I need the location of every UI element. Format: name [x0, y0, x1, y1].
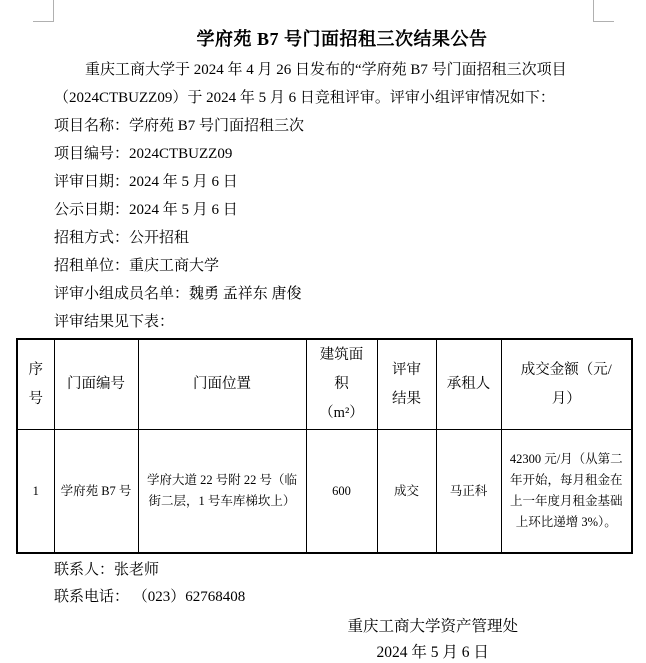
cell-review-result: 成交: [377, 430, 436, 554]
cell-shop-number: 学府苑 B7 号: [54, 430, 138, 554]
header-renter: 承租人: [436, 339, 501, 430]
cell-renter: 马正科: [436, 430, 501, 554]
info-line-review-panel: 评审小组成员名单：魏勇 孟祥东 唐俊: [54, 280, 630, 308]
header-review-result: 评审结果: [377, 339, 436, 430]
document-title: 学府苑 B7 号门面招租三次结果公告: [54, 26, 630, 52]
document-page: 学府苑 B7 号门面招租三次结果公告 重庆工商大学于 2024 年 4 月 26…: [0, 0, 646, 663]
cell-seq-number: 1: [17, 430, 54, 554]
info-line-project-number: 项目编号：2024CTBUZZ09: [54, 140, 630, 168]
project-info-list: 项目名称：学府苑 B7 号门面招租三次 项目编号：2024CTBUZZ09 评审…: [54, 112, 630, 336]
info-line-review-date: 评审日期：2024 年 5 月 6 日: [54, 168, 630, 196]
table-row: 1 学府苑 B7 号 学府大道 22 号附 22 号（临街二层，1 号车库梯坎上…: [17, 430, 632, 554]
header-deal-amount: 成交金额（元/月）: [501, 339, 632, 430]
info-line-see-table: 评审结果见下表：: [54, 308, 630, 336]
info-line-rental-method: 招租方式：公开招租: [54, 224, 630, 252]
info-line-publicity-date: 公示日期：2024 年 5 月 6 日: [54, 196, 630, 224]
table-header-row: 序号 门面编号 门面位置 建筑面积（m²） 评审结果 承租人 成交金额（元/月）: [17, 339, 632, 430]
signature-block: 重庆工商大学资产管理处 2024 年 5 月 6 日: [347, 614, 518, 663]
contact-person: 联系人：张老师: [54, 557, 630, 584]
signature-date: 2024 年 5 月 6 日: [347, 640, 518, 663]
cell-deal-amount: 42300 元/月（从第二年开始，每月租金在上一年度月租金基础上环比递增 3%）…: [501, 430, 632, 554]
info-line-project-name: 项目名称：学府苑 B7 号门面招租三次: [54, 112, 630, 140]
intro-paragraph: 重庆工商大学于 2024 年 4 月 26 日发布的“学府苑 B7 号门面招租三…: [54, 56, 630, 112]
header-seq-number: 序号: [17, 339, 54, 430]
header-shop-location: 门面位置: [138, 339, 306, 430]
header-shop-number: 门面编号: [54, 339, 138, 430]
results-table: 序号 门面编号 门面位置 建筑面积（m²） 评审结果 承租人 成交金额（元/月）…: [16, 338, 633, 554]
cell-shop-location: 学府大道 22 号附 22 号（临街二层，1 号车库梯坎上）: [138, 430, 306, 554]
header-building-area: 建筑面积（m²）: [306, 339, 377, 430]
cell-building-area: 600: [306, 430, 377, 554]
contact-phone: 联系电话： （023）62768408: [54, 584, 630, 611]
signature-department: 重庆工商大学资产管理处: [347, 614, 518, 640]
info-line-rental-unit: 招租单位：重庆工商大学: [54, 252, 630, 280]
contact-block: 联系人：张老师 联系电话： （023）62768408: [54, 557, 630, 611]
